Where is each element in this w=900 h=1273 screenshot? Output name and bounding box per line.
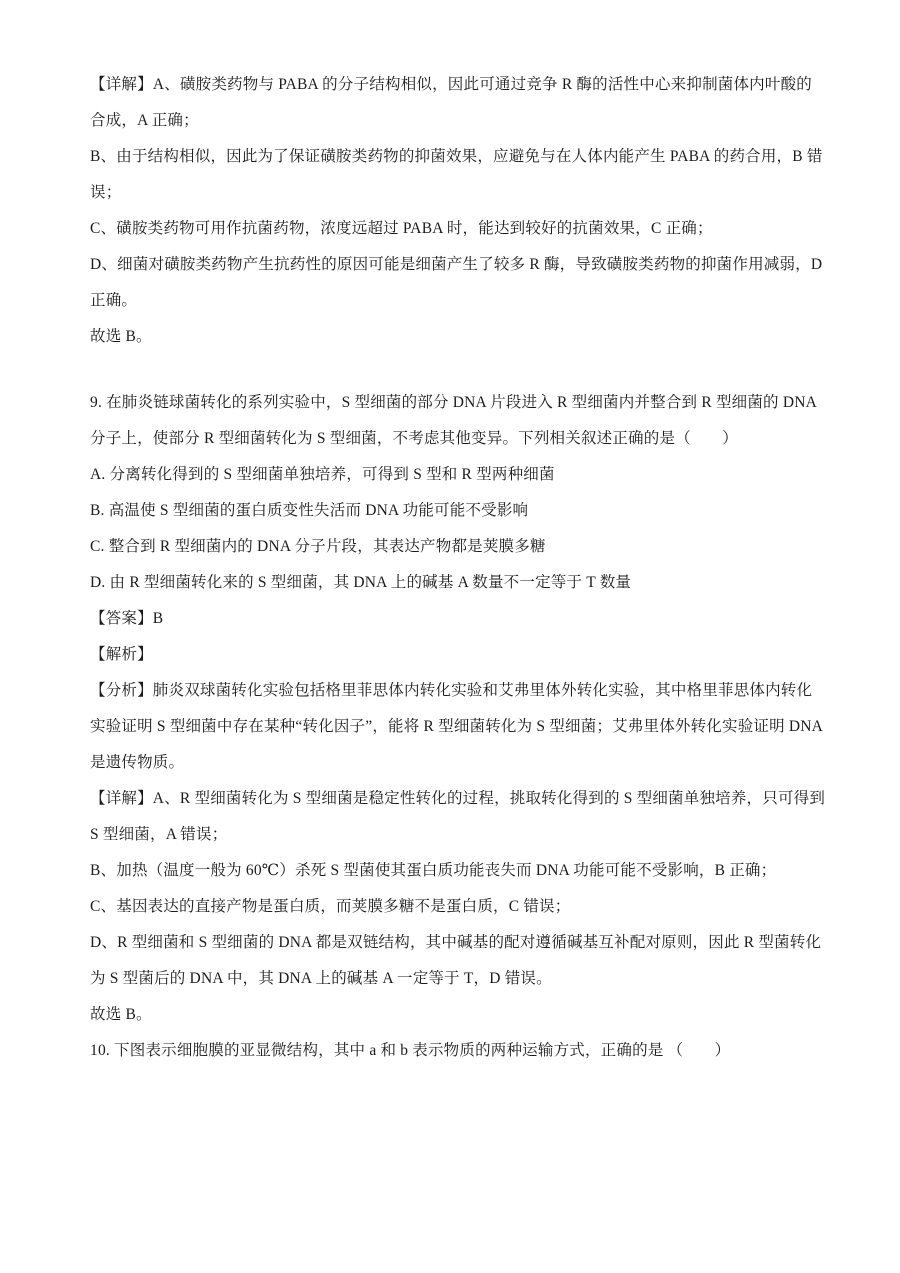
q9-answer: 【答案】B — [90, 601, 812, 637]
q9-section: 9. 在肺炎链球菌转化的系列实验中，S 型细菌的部分 DNA 片段进入 R 型细… — [90, 385, 812, 1033]
q8-detail-line-1: 【详解】A、磺胺类药物与 PABA 的分子结构相似，因此可通过竞争 R 酶的活性… — [90, 67, 812, 103]
q8-detail-line-4: 误； — [90, 175, 812, 211]
q9-option-b: B. 高温使 S 型细菌的蛋白质变性失活而 DNA 功能可能不受影响 — [90, 493, 812, 529]
q10-section: 10. 下图表示细胞膜的亚显微结构，其中 a 和 b 表示物质的两种运输方式，正… — [90, 1033, 812, 1069]
q8-detail-line-2: 合成，A 正确； — [90, 103, 812, 139]
q9-analysis-line-3: 是遗传物质。 — [90, 745, 812, 781]
q9-option-d: D. 由 R 型细菌转化来的 S 型细菌，其 DNA 上的碱基 A 数量不一定等… — [90, 565, 812, 601]
q8-detail-line-6: D、细菌对磺胺类药物产生抗药性的原因可能是细菌产生了较多 R 酶，导致磺胺类药物… — [90, 247, 812, 283]
q8-detail-line-3: B、由于结构相似，因此为了保证磺胺类药物的抑菌效果，应避免与在人体内能产生 PA… — [90, 139, 812, 175]
q9-analysis-line-2: 实验证明 S 型细菌中存在某种“转化因子”，能将 R 型细菌转化为 S 型细菌；… — [90, 709, 812, 745]
q9-detail-line-4: C、基因表达的直接产物是蛋白质，而荚膜多糖不是蛋白质，C 错误； — [90, 889, 812, 925]
document-page: 【详解】A、磺胺类药物与 PABA 的分子结构相似，因此可通过竞争 R 酶的活性… — [0, 0, 900, 1273]
q8-explanation-section: 【详解】A、磺胺类药物与 PABA 的分子结构相似，因此可通过竞争 R 酶的活性… — [90, 67, 812, 355]
q9-stem-line-1: 9. 在肺炎链球菌转化的系列实验中，S 型细菌的部分 DNA 片段进入 R 型细… — [90, 385, 812, 421]
q9-option-c: C. 整合到 R 型细菌内的 DNA 分子片段，其表达产物都是荚膜多糖 — [90, 529, 812, 565]
q9-detail-line-1: 【详解】A、R 型细菌转化为 S 型细菌是稳定性转化的过程，挑取转化得到的 S … — [90, 781, 812, 817]
q9-conclusion: 故选 B。 — [90, 997, 812, 1033]
q8-detail-line-7: 正确。 — [90, 283, 812, 319]
q10-stem-line-1: 10. 下图表示细胞膜的亚显微结构，其中 a 和 b 表示物质的两种运输方式，正… — [90, 1033, 812, 1069]
q9-analysis-line-1: 【分析】肺炎双球菌转化实验包括格里菲思体内转化实验和艾弗里体外转化实验，其中格里… — [90, 673, 812, 709]
q9-detail-line-6: 为 S 型菌后的 DNA 中，其 DNA 上的碱基 A 一定等于 T，D 错误。 — [90, 961, 812, 997]
q9-detail-line-5: D、R 型细菌和 S 型细菌的 DNA 都是双链结构，其中碱基的配对遵循碱基互补… — [90, 925, 812, 961]
q9-detail-line-3: B、加热（温度一般为 60℃）杀死 S 型菌使其蛋白质功能丧失而 DNA 功能可… — [90, 853, 812, 889]
q8-detail-line-5: C、磺胺类药物可用作抗菌药物，浓度远超过 PABA 时，能达到较好的抗菌效果，C… — [90, 211, 812, 247]
q9-detail-line-2: S 型细菌，A 错误； — [90, 817, 812, 853]
q9-option-a: A. 分离转化得到的 S 型细菌单独培养，可得到 S 型和 R 型两种细菌 — [90, 457, 812, 493]
q9-analysis-label: 【解析】 — [90, 637, 812, 673]
q8-conclusion: 故选 B。 — [90, 319, 812, 355]
q9-stem-line-2: 分子上，使部分 R 型细菌转化为 S 型细菌，不考虑其他变异。下列相关叙述正确的… — [90, 421, 812, 457]
